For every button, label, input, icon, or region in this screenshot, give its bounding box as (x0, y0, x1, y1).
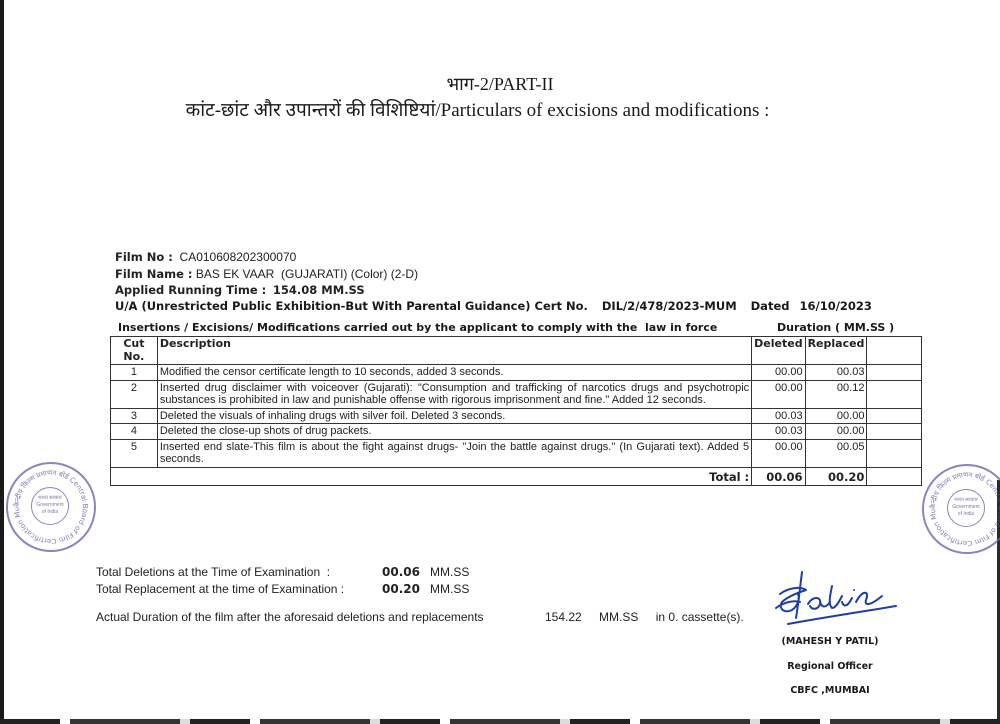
total-deletions-value: 00.06 (382, 565, 420, 579)
cassette-count: in 0. cassette(s). (656, 610, 744, 624)
blank-cell (867, 439, 922, 467)
total-replacement-line: Total Replacement at the time of Examina… (96, 582, 344, 596)
signature-image (770, 568, 900, 632)
running-time-value: 154.08 MM.SS (273, 283, 365, 297)
stamp-ring-text: केन्द्रीय फिल्म प्रमाणन बोर्ड Central Bo… (8, 464, 94, 550)
svg-text:केन्द्रीय फिल्म प्रमाणन बोर्ड: केन्द्रीय फिल्म प्रमाणन बोर्ड Central Bo… (8, 464, 89, 545)
total-deleted: 00.06 (752, 467, 805, 486)
replaced-cell: 00.03 (805, 365, 867, 381)
excisions-table: Cut No. Description Deleted Replaced 1Mo… (110, 336, 922, 486)
deleted-cell: 00.00 (752, 439, 805, 467)
blank-cell (867, 365, 922, 381)
description-cell: Inserted end slate-This film is about th… (157, 439, 751, 467)
description-cell: Inserted drug disclaimer with voiceover … (157, 380, 751, 408)
table-body: 1Modified the censor certificate length … (111, 365, 922, 468)
replaced-cell: 00.00 (805, 408, 867, 424)
total-replacement-value: 00.20 (382, 582, 420, 596)
certificate-line: U/A (Unrestricted Public Exhibition-But … (115, 299, 872, 313)
blank-cell (867, 424, 922, 440)
total-deletions-label: Total Deletions at the Time of Examinati… (96, 565, 330, 579)
col-deleted: Deleted (752, 337, 805, 365)
deleted-cell: 00.03 (752, 408, 805, 424)
cut-no-cell: 4 (111, 424, 158, 440)
film-name-label: Film Name : (115, 267, 193, 281)
total-blank (867, 467, 922, 486)
description-cell: Deleted the close-up shots of drug packe… (157, 424, 751, 440)
signatory-designation: Regional Officer (760, 661, 900, 672)
col-cut-no: Cut No. (111, 337, 158, 365)
deleted-cell: 00.03 (752, 424, 805, 440)
running-time-line: Applied Running Time : 154.08 MM.SS (115, 283, 365, 297)
table-intro: Insertions / Excisions/ Modifications ca… (118, 321, 717, 334)
svg-text:केन्द्रीय फिल्म प्रमाणन बोर्ड: केन्द्रीय फिल्म प्रमाणन बोर्ड Central Bo… (924, 466, 1000, 547)
col-blank (867, 337, 922, 365)
cert-number: DIL/2/478/2023-MUM (602, 299, 737, 313)
cut-no-cell: 5 (111, 439, 158, 467)
description-cell: Deleted the visuals of inhaling drugs wi… (157, 408, 751, 424)
replaced-cell: 00.05 (805, 439, 867, 467)
col-description: Description (157, 337, 751, 365)
part-heading: भाग-2/PART-II (0, 72, 1000, 96)
replaced-cell: 00.12 (805, 380, 867, 408)
cert-dated-label: Dated (751, 299, 790, 313)
description-cell: Modified the censor certificate length t… (157, 365, 751, 381)
blank-cell (867, 408, 922, 424)
deleted-cell: 00.00 (752, 380, 805, 408)
actual-duration-label: Actual Duration of the film after the af… (96, 610, 484, 624)
actual-duration-value: 154.22 (545, 610, 582, 624)
cut-no-cell: 1 (111, 365, 158, 381)
film-no-line: Film No : CA010608202300070 (115, 250, 296, 264)
table-row: 3Deleted the visuals of inhaling drugs w… (111, 408, 922, 424)
total-replacement-label: Total Replacement at the time of Examina… (96, 582, 344, 596)
cert-date: 16/10/2023 (799, 299, 871, 313)
total-replacement-unit: MM.SS (430, 582, 469, 596)
actual-duration-unit: MM.SS (599, 610, 638, 624)
actual-duration-line: 154.22 MM.SS in 0. cassette(s). (545, 610, 758, 624)
scan-edge-bottom (0, 719, 1000, 724)
film-no-label: Film No : (115, 250, 173, 264)
total-label: Total : (111, 467, 752, 486)
table-row: 4Deleted the close-up shots of drug pack… (111, 424, 922, 440)
table-total-row: Total : 00.06 00.20 (111, 467, 922, 486)
running-time-label: Applied Running Time : (115, 283, 266, 297)
cbfc-stamp-right: भारत सरकार Government of India केन्द्रीय… (922, 464, 1000, 554)
cbfc-stamp-left: भारत सरकार Government of India केन्द्रीय… (6, 462, 96, 552)
replaced-cell: 00.00 (805, 424, 867, 440)
cert-category: U/A (Unrestricted Public Exhibition-But … (115, 299, 588, 313)
table-row: 5Inserted end slate-This film is about t… (111, 439, 922, 467)
cut-no-cell: 3 (111, 408, 158, 424)
film-name-value: BAS EK VAAR (GUJARATI) (Color) (2-D) (196, 267, 418, 281)
total-replaced: 00.20 (805, 467, 867, 486)
table-header-row: Cut No. Description Deleted Replaced (111, 337, 922, 365)
section-heading: कांट-छांट और उपान्तरों की विशिष्टियां/Pa… (0, 96, 955, 122)
film-no-value: CA010608202300070 (180, 250, 297, 264)
signatory-name: (MAHESH Y PATIL) (760, 636, 900, 647)
signatory-office: CBFC ,MUMBAI (760, 685, 900, 696)
duration-label: Duration ( MM.SS ) (777, 321, 894, 334)
total-deletions-unit: MM.SS (430, 565, 469, 579)
table-row: 2Inserted drug disclaimer with voiceover… (111, 380, 922, 408)
cut-no-cell: 2 (111, 380, 158, 408)
table-row: 1Modified the censor certificate length … (111, 365, 922, 381)
stamp-ring-text: केन्द्रीय फिल्म प्रमाणन बोर्ड Central Bo… (924, 466, 1000, 552)
total-deletions-line: Total Deletions at the Time of Examinati… (96, 565, 330, 579)
blank-cell (867, 380, 922, 408)
col-replaced: Replaced (805, 337, 867, 365)
film-name-line: Film Name : BAS EK VAAR (GUJARATI) (Colo… (115, 267, 418, 281)
deleted-cell: 00.00 (752, 365, 805, 381)
